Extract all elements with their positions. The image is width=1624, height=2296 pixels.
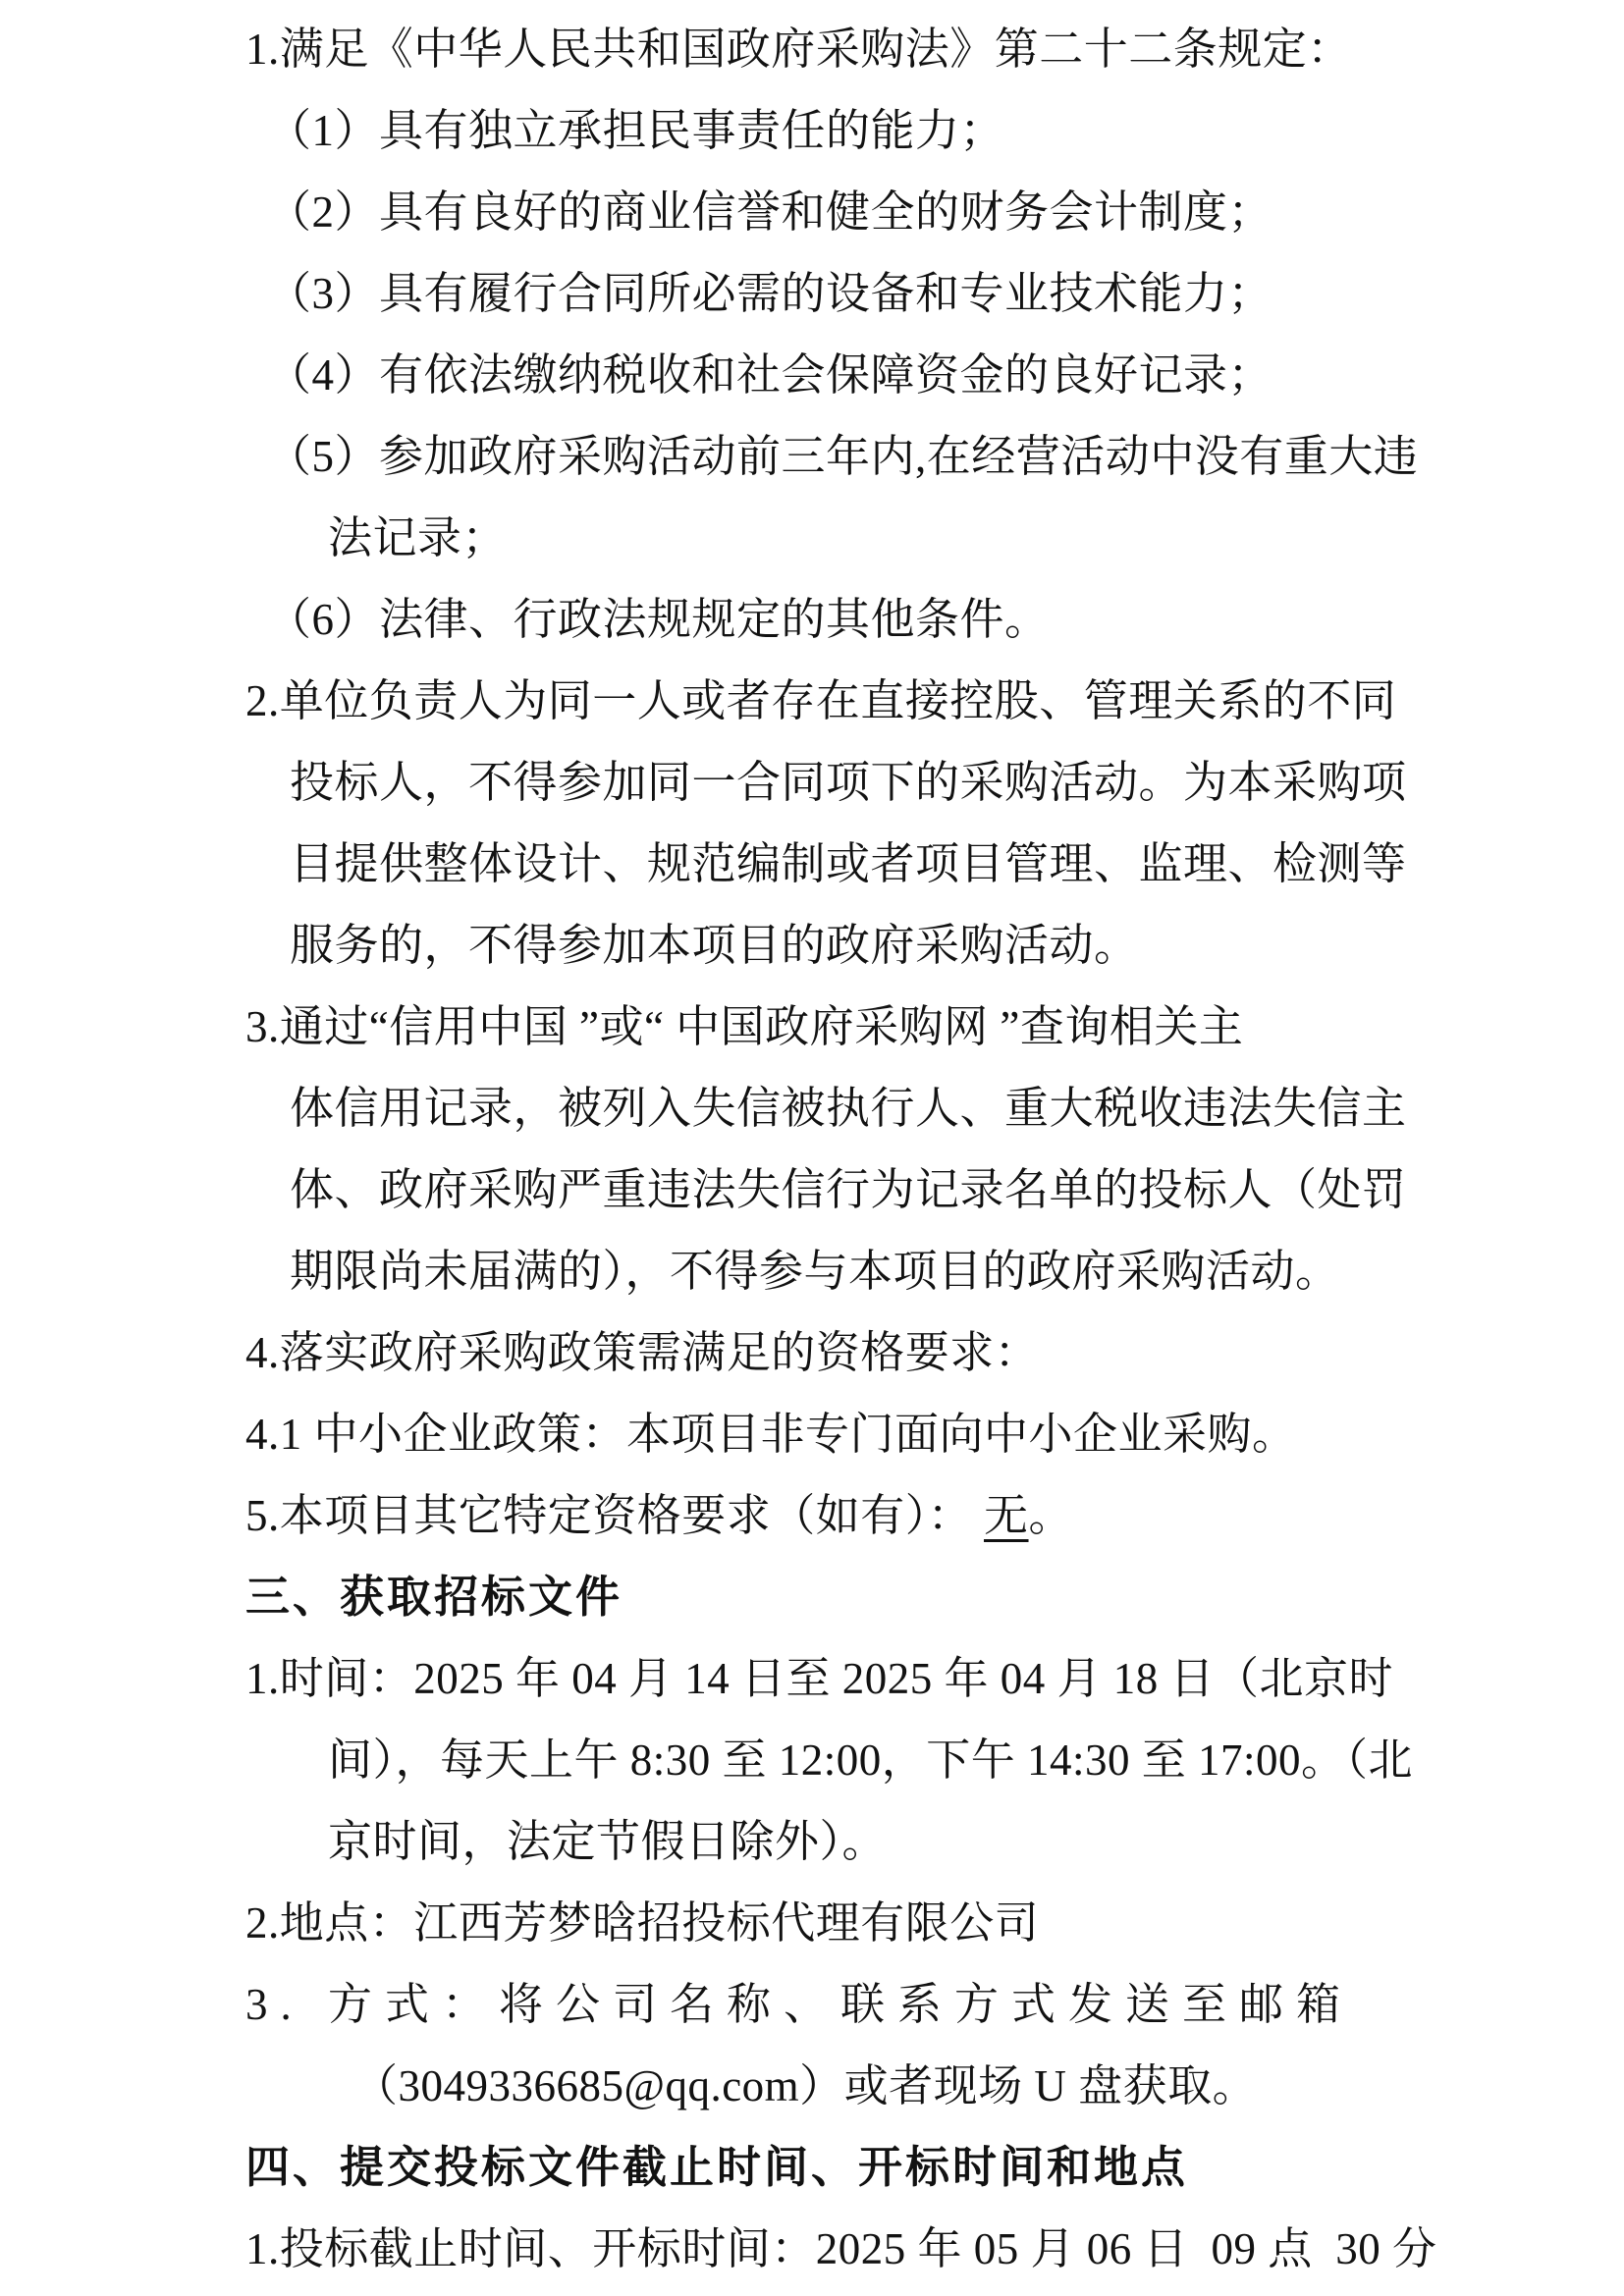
- list-item-line: 1.时间：2025 年 04 月 14 日至 2025 年 04 月 18 日（…: [0, 1638, 1624, 1720]
- continuation-line: 京时间，法定节假日除外）。: [0, 1801, 1624, 1883]
- continuation-line: 体信用记录，被列入失信被执行人、重大税收违法失信主: [0, 1068, 1624, 1149]
- continuation-line: 投标人，不得参加同一合同项下的采购活动。为本采购项: [0, 742, 1624, 824]
- list-item-line: 2.单位负责人为同一人或者存在直接控股、管理关系的不同: [0, 661, 1624, 742]
- continuation-line: （3049336685@qq.com）或者现场 U 盘获取。: [0, 2046, 1624, 2127]
- list-item-line: 2.地点：江西芳梦晗招投标代理有限公司: [0, 1883, 1624, 1964]
- sub-list-item-line: （6）法律、行政法规规定的其他条件。: [0, 579, 1624, 661]
- sub-list-item-line: （1）具有独立承担民事责任的能力；: [0, 90, 1624, 172]
- line-text: 5.本项目其它特定资格要求（如有）：: [245, 1491, 984, 1540]
- list-item-line: 4.1 中小企业政策：本项目非专门面向中小企业采购。: [0, 1394, 1624, 1475]
- sub-list-item-line: （4）有依法缴纳税收和社会保障资金的良好记录；: [0, 335, 1624, 416]
- section-heading: 三、获取招标文件: [0, 1557, 1624, 1638]
- continuation-line: 服务的，不得参加本项目的政府采购活动。: [0, 905, 1624, 987]
- list-item-line: 4.落实政府采购政策需满足的资格要求：: [0, 1312, 1624, 1394]
- continuation-line: 间），每天上午 8:30 至 12:00，下午 14:30 至 17:00。（北: [0, 1720, 1624, 1801]
- sub-list-item-line: （5）参加政府采购活动前三年内,在经营活动中没有重大违: [0, 416, 1624, 498]
- section-heading: 四、提交投标文件截止时间、开标时间和地点: [0, 2127, 1624, 2209]
- continuation-line: 目提供整体设计、规范编制或者项目管理、监理、检测等: [0, 824, 1624, 905]
- list-item-line: 3.通过“信用中国 ”或“ 中国政府采购网 ”查询相关主: [0, 987, 1624, 1068]
- continuation-line: 法记录；: [0, 498, 1624, 579]
- list-item-line: 1.满足《中华人民共和国政府采购法》第二十二条规定：: [0, 9, 1624, 90]
- document-page: 1.满足《中华人民共和国政府采购法》第二十二条规定：（1）具有独立承担民事责任的…: [0, 0, 1624, 2296]
- sub-list-item-line: （3）具有履行合同所必需的设备和专业技术能力；: [0, 253, 1624, 335]
- document-body: 1.满足《中华人民共和国政府采购法》第二十二条规定：（1）具有独立承担民事责任的…: [0, 0, 1624, 2290]
- list-item-line: 3. 方式：将公司名称、联系方式发送至邮箱: [0, 1964, 1624, 2046]
- underlined-value: 无: [984, 1491, 1029, 1540]
- sub-list-item-line: （2）具有良好的商业信誉和健全的财务会计制度；: [0, 172, 1624, 253]
- continuation-line: 期限尚未届满的），不得参与本项目的政府采购活动。: [0, 1231, 1624, 1312]
- list-item-line: 1.投标截止时间、开标时间：2025 年 05 月 06 日 09 点 30 分: [0, 2209, 1624, 2290]
- list-item-line: 5.本项目其它特定资格要求（如有）： 无。: [0, 1475, 1624, 1557]
- continuation-line: 体、政府采购严重违法失信行为记录名单的投标人（处罚: [0, 1149, 1624, 1231]
- line-text: 。: [1029, 1491, 1074, 1540]
